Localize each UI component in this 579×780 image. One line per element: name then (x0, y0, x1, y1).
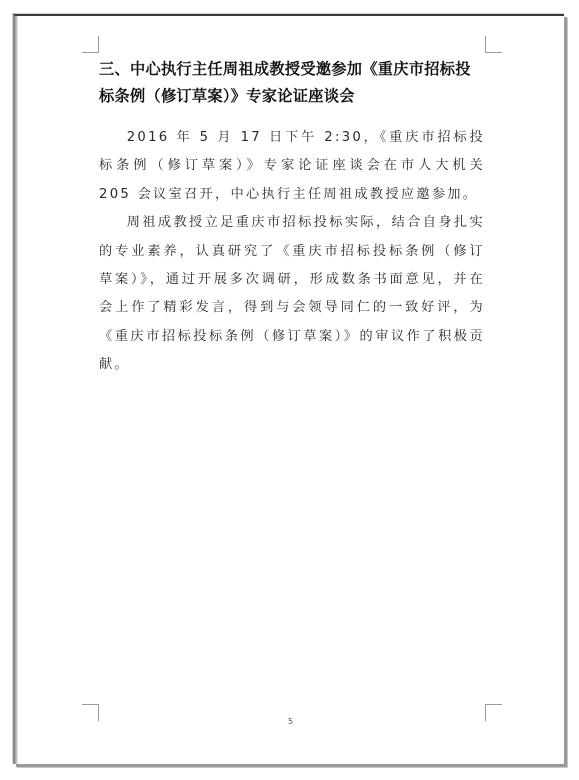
crop-mark-top-left (82, 36, 99, 53)
document-page: 三、中心执行主任周祖成教授受邀参加《重庆市招标投标条例（修订草案）》专家论证座谈… (13, 14, 564, 764)
crop-mark-bottom-right (485, 704, 502, 721)
paragraph-2: 周祖成教授立足重庆市招标投标实际，结合自身扎实的专业素养，认真研究了《重庆市招标… (99, 209, 485, 379)
section-heading: 三、中心执行主任周祖成教授受邀参加《重庆市招标投标条例（修订草案）》专家论证座谈… (99, 56, 485, 110)
paragraph-1: 2016 年 5 月 17 日下午 2:30，《重庆市招标投标条例（修订草案）》… (99, 124, 485, 209)
crop-mark-bottom-left (82, 704, 99, 721)
page-content: 三、中心执行主任周祖成教授受邀参加《重庆市招标投标条例（修订草案）》专家论证座谈… (99, 56, 485, 380)
page-number: 5 (288, 717, 293, 726)
crop-mark-top-right (485, 36, 502, 53)
